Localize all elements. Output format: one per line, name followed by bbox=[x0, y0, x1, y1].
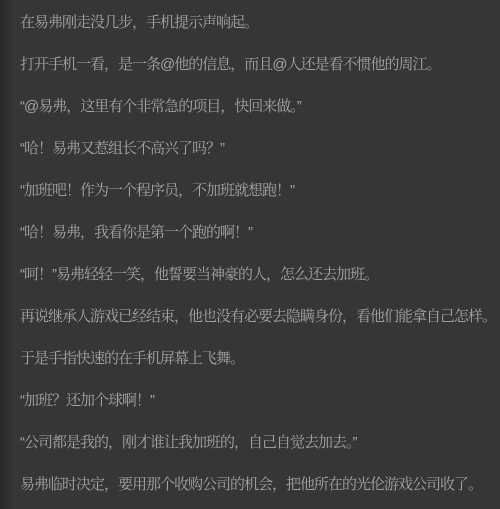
paragraph: “哈！易弗又惹组长不高兴了吗？” bbox=[20, 128, 492, 170]
paragraph: 易弗临时决定，要用那个收购公司的机会，把他所在的光伦游戏公司收了。 bbox=[20, 464, 492, 506]
paragraph: “公司都是我的，刚才谁让我加班的，自己自觉去加去。” bbox=[20, 422, 492, 464]
paragraph: 再说继承人游戏已经结束，他也没有必要去隐瞒身份，看他们能拿自己怎样。 bbox=[20, 296, 492, 338]
paragraph: 在易弗刚走没几步，手机提示声响起。 bbox=[20, 2, 492, 44]
paragraph: “@易弗，这里有个非常急的项目，快回来做。” bbox=[20, 86, 492, 128]
paragraph: “加班？还加个球啊！” bbox=[20, 380, 492, 422]
left-edge-shadow bbox=[0, 0, 14, 509]
paragraph: “哈！易弗，我看你是第一个跑的啊！” bbox=[20, 212, 492, 254]
paragraph: “加班吧！作为一个程序员，不加班就想跑！” bbox=[20, 170, 492, 212]
paragraph: “呵！”易弗轻轻一笑，他誓要当神豪的人，怎么还去加班。 bbox=[20, 254, 492, 296]
paragraph: 于是手指快速的在手机屏幕上飞舞。 bbox=[20, 338, 492, 380]
paragraph: 打开手机一看，是一条@他的信息，而且@人还是看不惯他的周江。 bbox=[20, 44, 492, 86]
novel-reader-page: 在易弗刚走没几步，手机提示声响起。 打开手机一看，是一条@他的信息，而且@人还是… bbox=[0, 0, 500, 509]
